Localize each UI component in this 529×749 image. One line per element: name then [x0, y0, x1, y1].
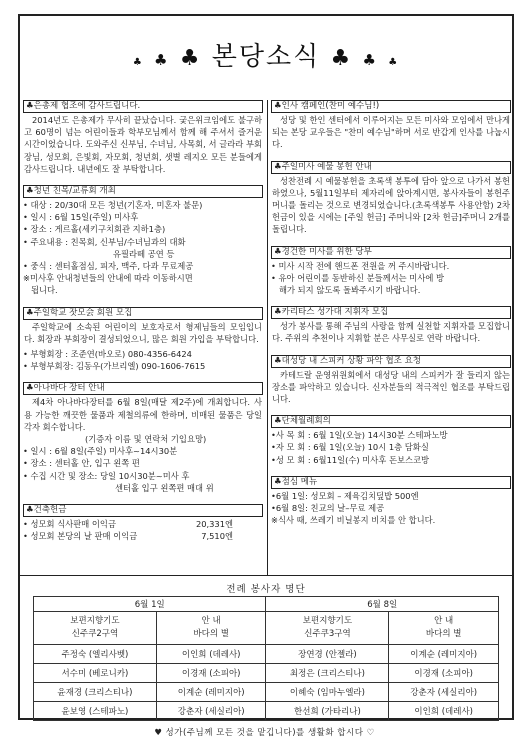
bullet-item: • 부형부회장: 김동우(가브리엘) 090-1606-7615: [23, 360, 263, 372]
table-row: 서수미 (베로니카) 이경재 (소피아) 최정은 (크리스티나) 이경재 (소피…: [34, 664, 499, 683]
title-text: 본당소식: [212, 42, 320, 72]
fund-label: • 성모회 식사판매 이익금: [23, 518, 116, 530]
schedule-date: 6월 8일: [266, 597, 499, 612]
bullet-item: • 유아 어린이를 동반하신 분들께서는 미사에 방: [271, 272, 511, 284]
table-cell: 이혜숙 (임마누엘라): [266, 683, 389, 702]
section-flea-market: ♣아나바다 장터 안내 제4차 아나바다장터를 6월 8일(매달 제2주)에 개…: [23, 382, 263, 494]
section-header: ♣건축헌금: [23, 504, 263, 517]
bullet-item: 해가 되지 않도록 돌봐주시기 바랍니다.: [271, 284, 511, 296]
table-cell: 윤보영 (스테파노): [34, 702, 157, 721]
section-building-fund: ♣건축헌금 • 성모회 식사판매 이익금 20,331엔 • 성모회 본당의 날…: [23, 504, 263, 542]
section-header: ♣카리타스 성가대 지휘자 모집: [271, 306, 511, 319]
bullet-item: • 주요내용 : 친목회, 신부님/수녀님과의 대화: [23, 236, 263, 248]
bullet-item: • 일시 : 6월 15일(주일) 미사후: [23, 211, 263, 223]
section-monthly-meetings: ♣단체월례회의 •사 목 회 : 6월 1일(오늘) 14시30분 스테파노방 …: [271, 415, 511, 466]
table-cell: 이인희 (데레사): [156, 645, 266, 664]
club-icon: ♣: [388, 57, 399, 68]
table-cell: 주정숙 (엘리사벳): [34, 645, 157, 664]
bullet-item: 됩니다.: [23, 284, 263, 296]
bullet-item: • 중식 : 센터홀점심, 피자, 맥주, 다과 무료제공: [23, 260, 263, 272]
section-body: 제4차 아나바다장터를 6월 8일(매달 제2주)에 개최합니다. 사용 가능한…: [23, 396, 263, 433]
section-header: ♣은총제 협조에 감사드립니다.: [23, 100, 263, 113]
table-cell: 이계순 (레미지아): [389, 645, 499, 664]
bullet-item: •자 모 회 : 6월 1일(오늘) 10시 1층 담화실: [271, 441, 511, 453]
fund-row: • 성모회 식사판매 이익금 20,331엔: [23, 518, 263, 530]
bullet-item: ※식사 때, 쓰레기 비닐봉지 비치를 안 합니다.: [271, 514, 511, 526]
section-divider: [20, 575, 512, 576]
table-cell: 이계순 (레미지아): [156, 683, 266, 702]
section-note: (기증자 이름 및 연락처 기입요망): [23, 433, 263, 445]
section-header: ♣점심 메뉴: [271, 476, 511, 489]
club-icon: ♣: [133, 57, 144, 68]
role-header: 안 내바다의 별: [389, 612, 499, 645]
table-cell: 장연경 (안젤라): [266, 645, 389, 664]
bullet-item: •6월 1일: 성모회 – 제육김치덮밥 500엔: [271, 490, 511, 502]
section-speaker-survey: ♣대성당 내 스피커 상황 파악 협조 요청 카테드랄 운영위원회에서 대성당 …: [271, 355, 511, 406]
role-header: 보편지향기도신주쿠2구역: [34, 612, 157, 645]
bullet-item: • 대상 : 20/30대 모든 청년(기혼자, 미혼자 불문): [23, 199, 263, 211]
bullet-item: • 장소 : 게르홀(세키구치회관 지하1층): [23, 223, 263, 235]
section-header: ♣인사 캠페인(찬미 예수님!): [271, 100, 511, 113]
section-header: ♣주일학교 잣모会 회원 모집: [23, 307, 263, 320]
bullet-item: ※미사후 안내청년들의 안내에 따라 이동하시면: [23, 272, 263, 284]
right-column: ♣인사 캠페인(찬미 예수님!) 성당 및 한인 센터에서 이루어지는 모든 미…: [271, 100, 511, 536]
bullet-item: • 미사 시작 전에 핸드폰 전원을 꺼 주시바랍니다.: [271, 260, 511, 272]
role-header: 안 내바다의 별: [156, 612, 266, 645]
bullet-item: • 수집 시간 및 장소: 당일 10시30분~미사 후: [23, 470, 263, 482]
section-header: ♣청년 친목/교류회 개최: [23, 185, 263, 198]
section-body: 성찬전례 시 예물봉헌을 초록색 봉투에 담아 앞으로 나가서 봉헌하였으나, …: [271, 175, 511, 236]
bullet-item: • 일시 : 6월 8일(주일) 미사후~14시30분: [23, 445, 263, 457]
role-header: 보편지향기도신주쿠3구역: [266, 612, 389, 645]
table-cell: 최정은 (크리스티나): [266, 664, 389, 683]
section-header: ♣단체월례회의: [271, 415, 511, 428]
section-greeting-campaign: ♣인사 캠페인(찬미 예수님!) 성당 및 한인 센터에서 이루어지는 모든 미…: [271, 100, 511, 151]
section-sunday-school-parents: ♣주일학교 잣모会 회원 모집 주일학교에 소속된 어린이의 보호자로서 형제님…: [23, 307, 263, 373]
bullet-item: • 장소 : 센터홀 안, 입구 왼쪽 편: [23, 457, 263, 469]
fund-row: • 성모회 본당의 날 판매 이익금 7,510엔: [23, 530, 263, 542]
bulletin-frame: ♣ ♣ ♣ 본당소식 ♣ ♣ ♣ ♣은총제 협조에 감사드립니다. 2014년도…: [18, 14, 514, 720]
bullet-item: •성 모 회 : 6월11일(수) 미사후 돈보스코방: [271, 454, 511, 466]
table-row: 윤재경 (크리스티나) 이계순 (레미지아) 이혜숙 (임마누엘라) 강춘자 (…: [34, 683, 499, 702]
table-cell: 강춘자 (세실리아): [389, 683, 499, 702]
section-choir-conductor: ♣카리타스 성가대 지휘자 모집 성가 봉사를 통해 주님의 사랑을 함께 실천…: [271, 306, 511, 344]
club-icon: ♣: [363, 51, 378, 69]
column-divider: [267, 100, 268, 575]
table-cell: 한선희 (가타리나): [266, 702, 389, 721]
club-icon: ♣: [154, 51, 169, 69]
section-header: ♣경건한 미사를 위한 당부: [271, 246, 511, 259]
page-title: ♣ ♣ ♣ 본당소식 ♣ ♣ ♣: [20, 36, 512, 73]
bullet-item: •6월 8일: 친교의 날–무료 제공: [271, 502, 511, 514]
club-icon: ♣: [331, 46, 353, 71]
section-body: 성가 봉사를 통해 주님의 사랑을 함께 실천할 지휘자를 모집합니다. 주위의…: [271, 320, 511, 344]
section-offering-guide: ♣주일미사 예물 봉헌 안내 성찬전례 시 예물봉헌을 초록색 봉투에 담아 앞…: [271, 161, 511, 236]
fund-amount: 20,331엔: [196, 518, 233, 530]
section-body: 주일학교에 소속된 어린이의 보호자로서 형제님들의 모임입니다. 회장과 부회…: [23, 321, 263, 345]
table-cell: 이인희 (데레사): [389, 702, 499, 721]
section-lunch-menu: ♣점심 메뉴 •6월 1일: 성모회 – 제육김치덮밥 500엔 •6월 8일:…: [271, 476, 511, 527]
fund-amount: 7,510엔: [201, 530, 233, 542]
section-header: ♣아나바다 장터 안내: [23, 382, 263, 395]
table-cell: 이경재 (소피아): [156, 664, 266, 683]
section-header: ♣대성당 내 스피커 상황 파악 협조 요청: [271, 355, 511, 368]
section-mass-etiquette: ♣경건한 미사를 위한 당부 • 미사 시작 전에 핸드폰 전원을 꺼 주시바랍…: [271, 246, 511, 297]
table-row: 주정숙 (엘리사벳) 이인희 (데레사) 장연경 (안젤라) 이계순 (레미지아…: [34, 645, 499, 664]
bullet-item: 센터홀 입구 왼쪽편 매대 위: [23, 482, 263, 494]
section-body: 카테드랄 운영위원회에서 대성당 내의 스피커가 잘 들리지 않는 장소를 파악…: [271, 369, 511, 406]
club-icon: ♣: [180, 46, 202, 71]
table-cell: 강춘자 (세실리아): [156, 702, 266, 721]
table-cell: 서수미 (베로니카): [34, 664, 157, 683]
fund-label: • 성모회 본당의 날 판매 이익금: [23, 530, 137, 542]
bullet-item: 유필라떼 공연 등: [23, 248, 263, 260]
section-body: 2014년도 은총제가 무사히 끝났습니다. 궂은위크임에도 불구하고 60명이…: [23, 114, 263, 175]
bullet-item: • 부형회장 : 조준연(바오로) 080-4356-6424: [23, 348, 263, 360]
table-cell: 윤재경 (크리스티나): [34, 683, 157, 702]
section-youth-meeting: ♣청년 친목/교류회 개최 • 대상 : 20/30대 모든 청년(기혼자, 미…: [23, 185, 263, 297]
footer-motto: ♥ 성가(주님께 모든 것을 맡깁니다)를 생활화 합시다 ♡: [0, 726, 529, 738]
section-body: 성당 및 한인 센터에서 이루어지는 모든 미사와 모임에서 만나게 되는 본당…: [271, 114, 511, 151]
section-festival-thanks: ♣은총제 협조에 감사드립니다. 2014년도 은총제가 무사히 끝났습니다. …: [23, 100, 263, 175]
section-header: ♣주일미사 예물 봉헌 안내: [271, 161, 511, 174]
schedule-title: 전례 봉사자 명단: [20, 581, 512, 595]
table-cell: 이경재 (소피아): [389, 664, 499, 683]
liturgy-schedule-table: 6월 1일 6월 8일 보편지향기도신주쿠2구역 안 내바다의 별 보편지향기도…: [33, 596, 499, 721]
left-column: ♣은총제 협조에 감사드립니다. 2014년도 은총제가 무사히 끝났습니다. …: [23, 100, 263, 552]
bullet-item: •사 목 회 : 6월 1일(오늘) 14시30분 스테파노방: [271, 429, 511, 441]
table-row: 윤보영 (스테파노) 강춘자 (세실리아) 한선희 (가타리나) 이인희 (데레…: [34, 702, 499, 721]
schedule-date: 6월 1일: [34, 597, 266, 612]
